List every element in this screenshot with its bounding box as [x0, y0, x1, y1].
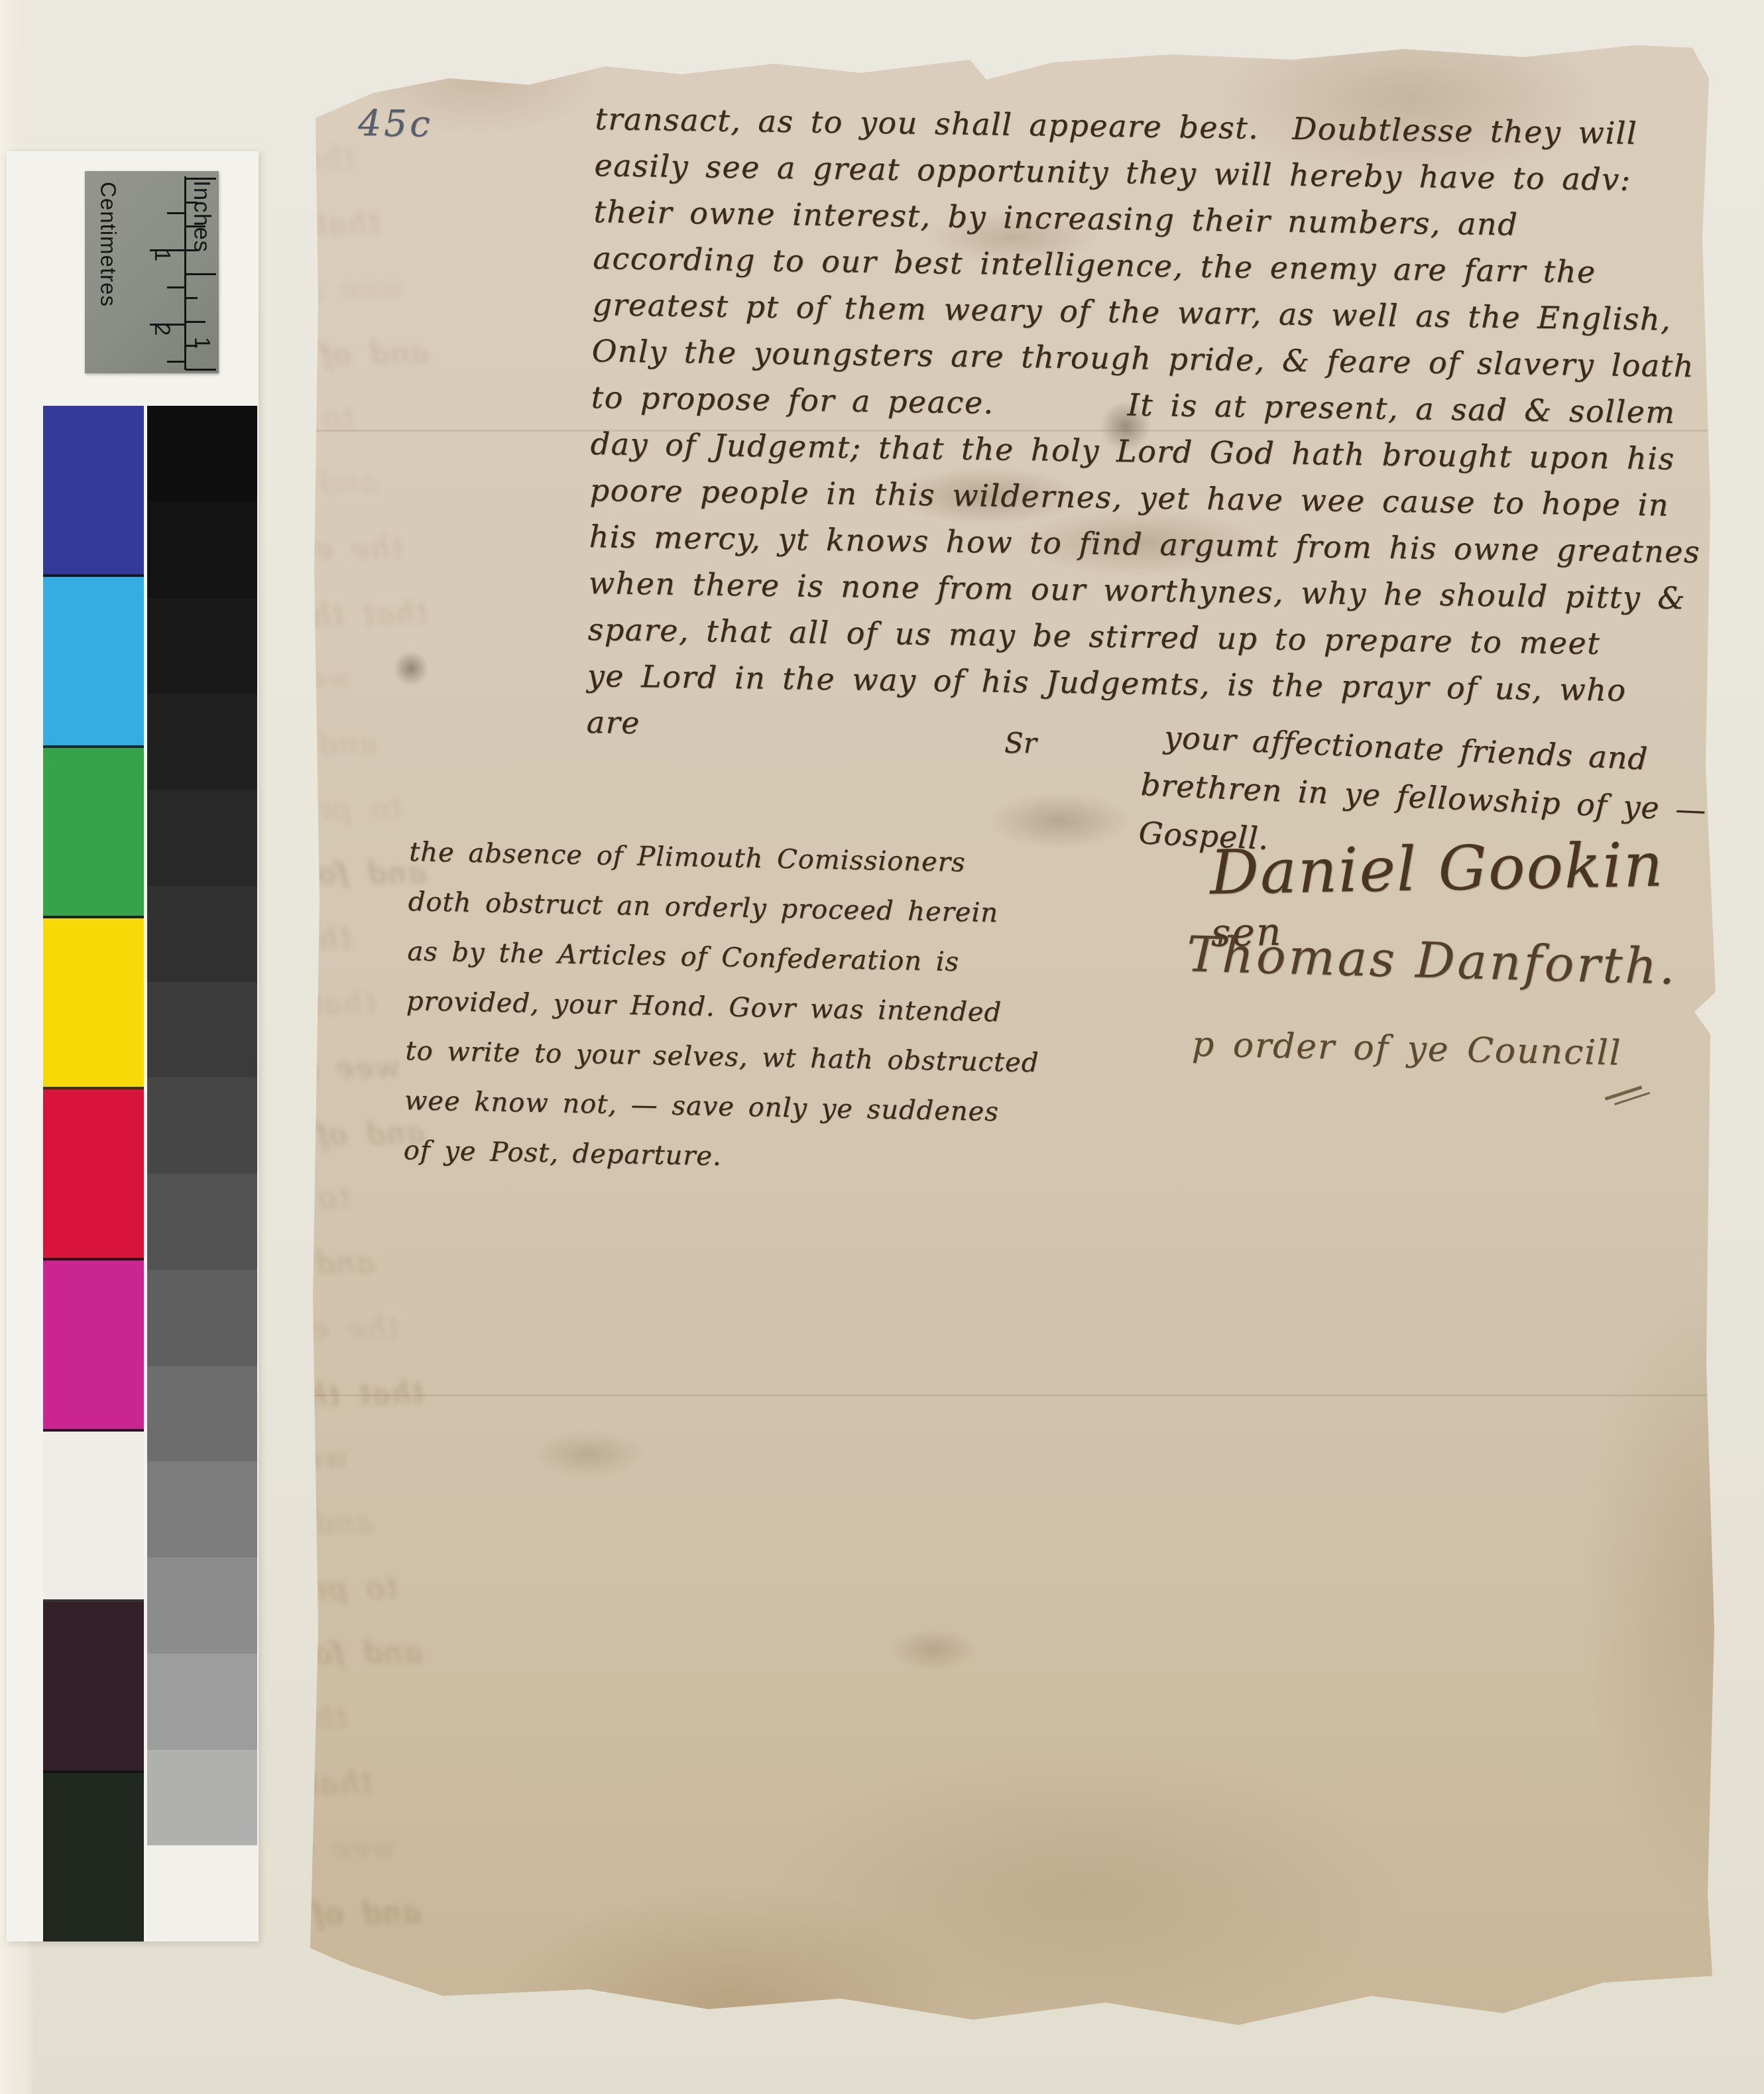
- color-patch-white: [43, 1432, 144, 1603]
- ruler-number-inch-1: 1: [190, 337, 215, 349]
- inch-tick: [186, 369, 216, 371]
- color-patch-magenta: [43, 1261, 144, 1432]
- gray-step-7: [147, 982, 257, 1078]
- gray-step-11: [147, 1366, 257, 1462]
- underline-flourish: [1605, 1085, 1643, 1101]
- gray-step-2: [147, 502, 257, 598]
- cm-tick: [167, 286, 184, 288]
- inch-tick: [186, 178, 216, 180]
- gray-step-5: [147, 790, 257, 886]
- marginal-note: the absence of Plimouth Comissioners dot…: [403, 828, 1073, 1188]
- inch-tick: [186, 273, 216, 275]
- fold-crease: [310, 1394, 1719, 1396]
- gray-step-14: [147, 1654, 257, 1750]
- color-patch-yellow: [43, 918, 144, 1089]
- gray-step-16: [147, 1845, 257, 1941]
- color-patch-black: [43, 1773, 144, 1941]
- ruler-number-cm-2: 2: [150, 324, 175, 336]
- color-patch-blue: [43, 406, 144, 577]
- ruler-label-centimetres: Centimetres: [95, 182, 121, 307]
- gray-step-13: [147, 1558, 257, 1654]
- color-patch-green: [43, 748, 144, 919]
- letter-body: transact, as to you shall appeare best. …: [586, 95, 1722, 761]
- gray-step-12: [147, 1461, 257, 1558]
- color-patch-dark-purple: [43, 1602, 144, 1773]
- calibration-card: Inches Centimetres 1 2 1: [7, 151, 259, 1941]
- bleedthrough-line: to prevaile asked that your honours woul…: [0, 1959, 346, 2032]
- bleedthrough-line: and for this cause wee must bee stirred …: [0, 75, 331, 121]
- gray-step-3: [147, 598, 257, 694]
- color-patch-cyan: [43, 577, 144, 748]
- ruler-card: Inches Centimetres 1 2 1: [85, 171, 219, 373]
- grayscale-step-column: [147, 406, 257, 1941]
- council-order-line: p order of ye Councill: [1191, 1024, 1621, 1074]
- closing-salutation: Sr: [1004, 727, 1037, 759]
- signature-name: Daniel Gookin: [1209, 830, 1665, 908]
- cm-tick: [167, 361, 184, 363]
- gray-step-4: [147, 694, 257, 790]
- cm-tick: [167, 212, 184, 214]
- inch-tick: [186, 321, 206, 323]
- manuscript-page: and for this cause wee must bee stirred …: [310, 38, 1719, 2031]
- scanned-manuscript-photo: Inches Centimetres 1 2 1 and for this ca…: [0, 0, 1764, 2094]
- gray-step-1: [147, 406, 257, 502]
- color-patch-red: [43, 1089, 144, 1261]
- gray-step-8: [147, 1078, 257, 1174]
- signature-thomas-danforth: Thomas Danforth.: [1186, 926, 1678, 995]
- inch-tick: [186, 297, 198, 299]
- ruler-label-inches: Inches: [188, 180, 215, 253]
- gray-step-10: [147, 1270, 257, 1366]
- gray-step-6: [147, 886, 257, 982]
- color-patch-column: [43, 406, 144, 1941]
- gray-step-15: [147, 1750, 257, 1846]
- gray-step-9: [147, 1174, 257, 1270]
- ruler-number-cm-1: 1: [150, 249, 175, 261]
- archival-number: 45c: [358, 102, 433, 145]
